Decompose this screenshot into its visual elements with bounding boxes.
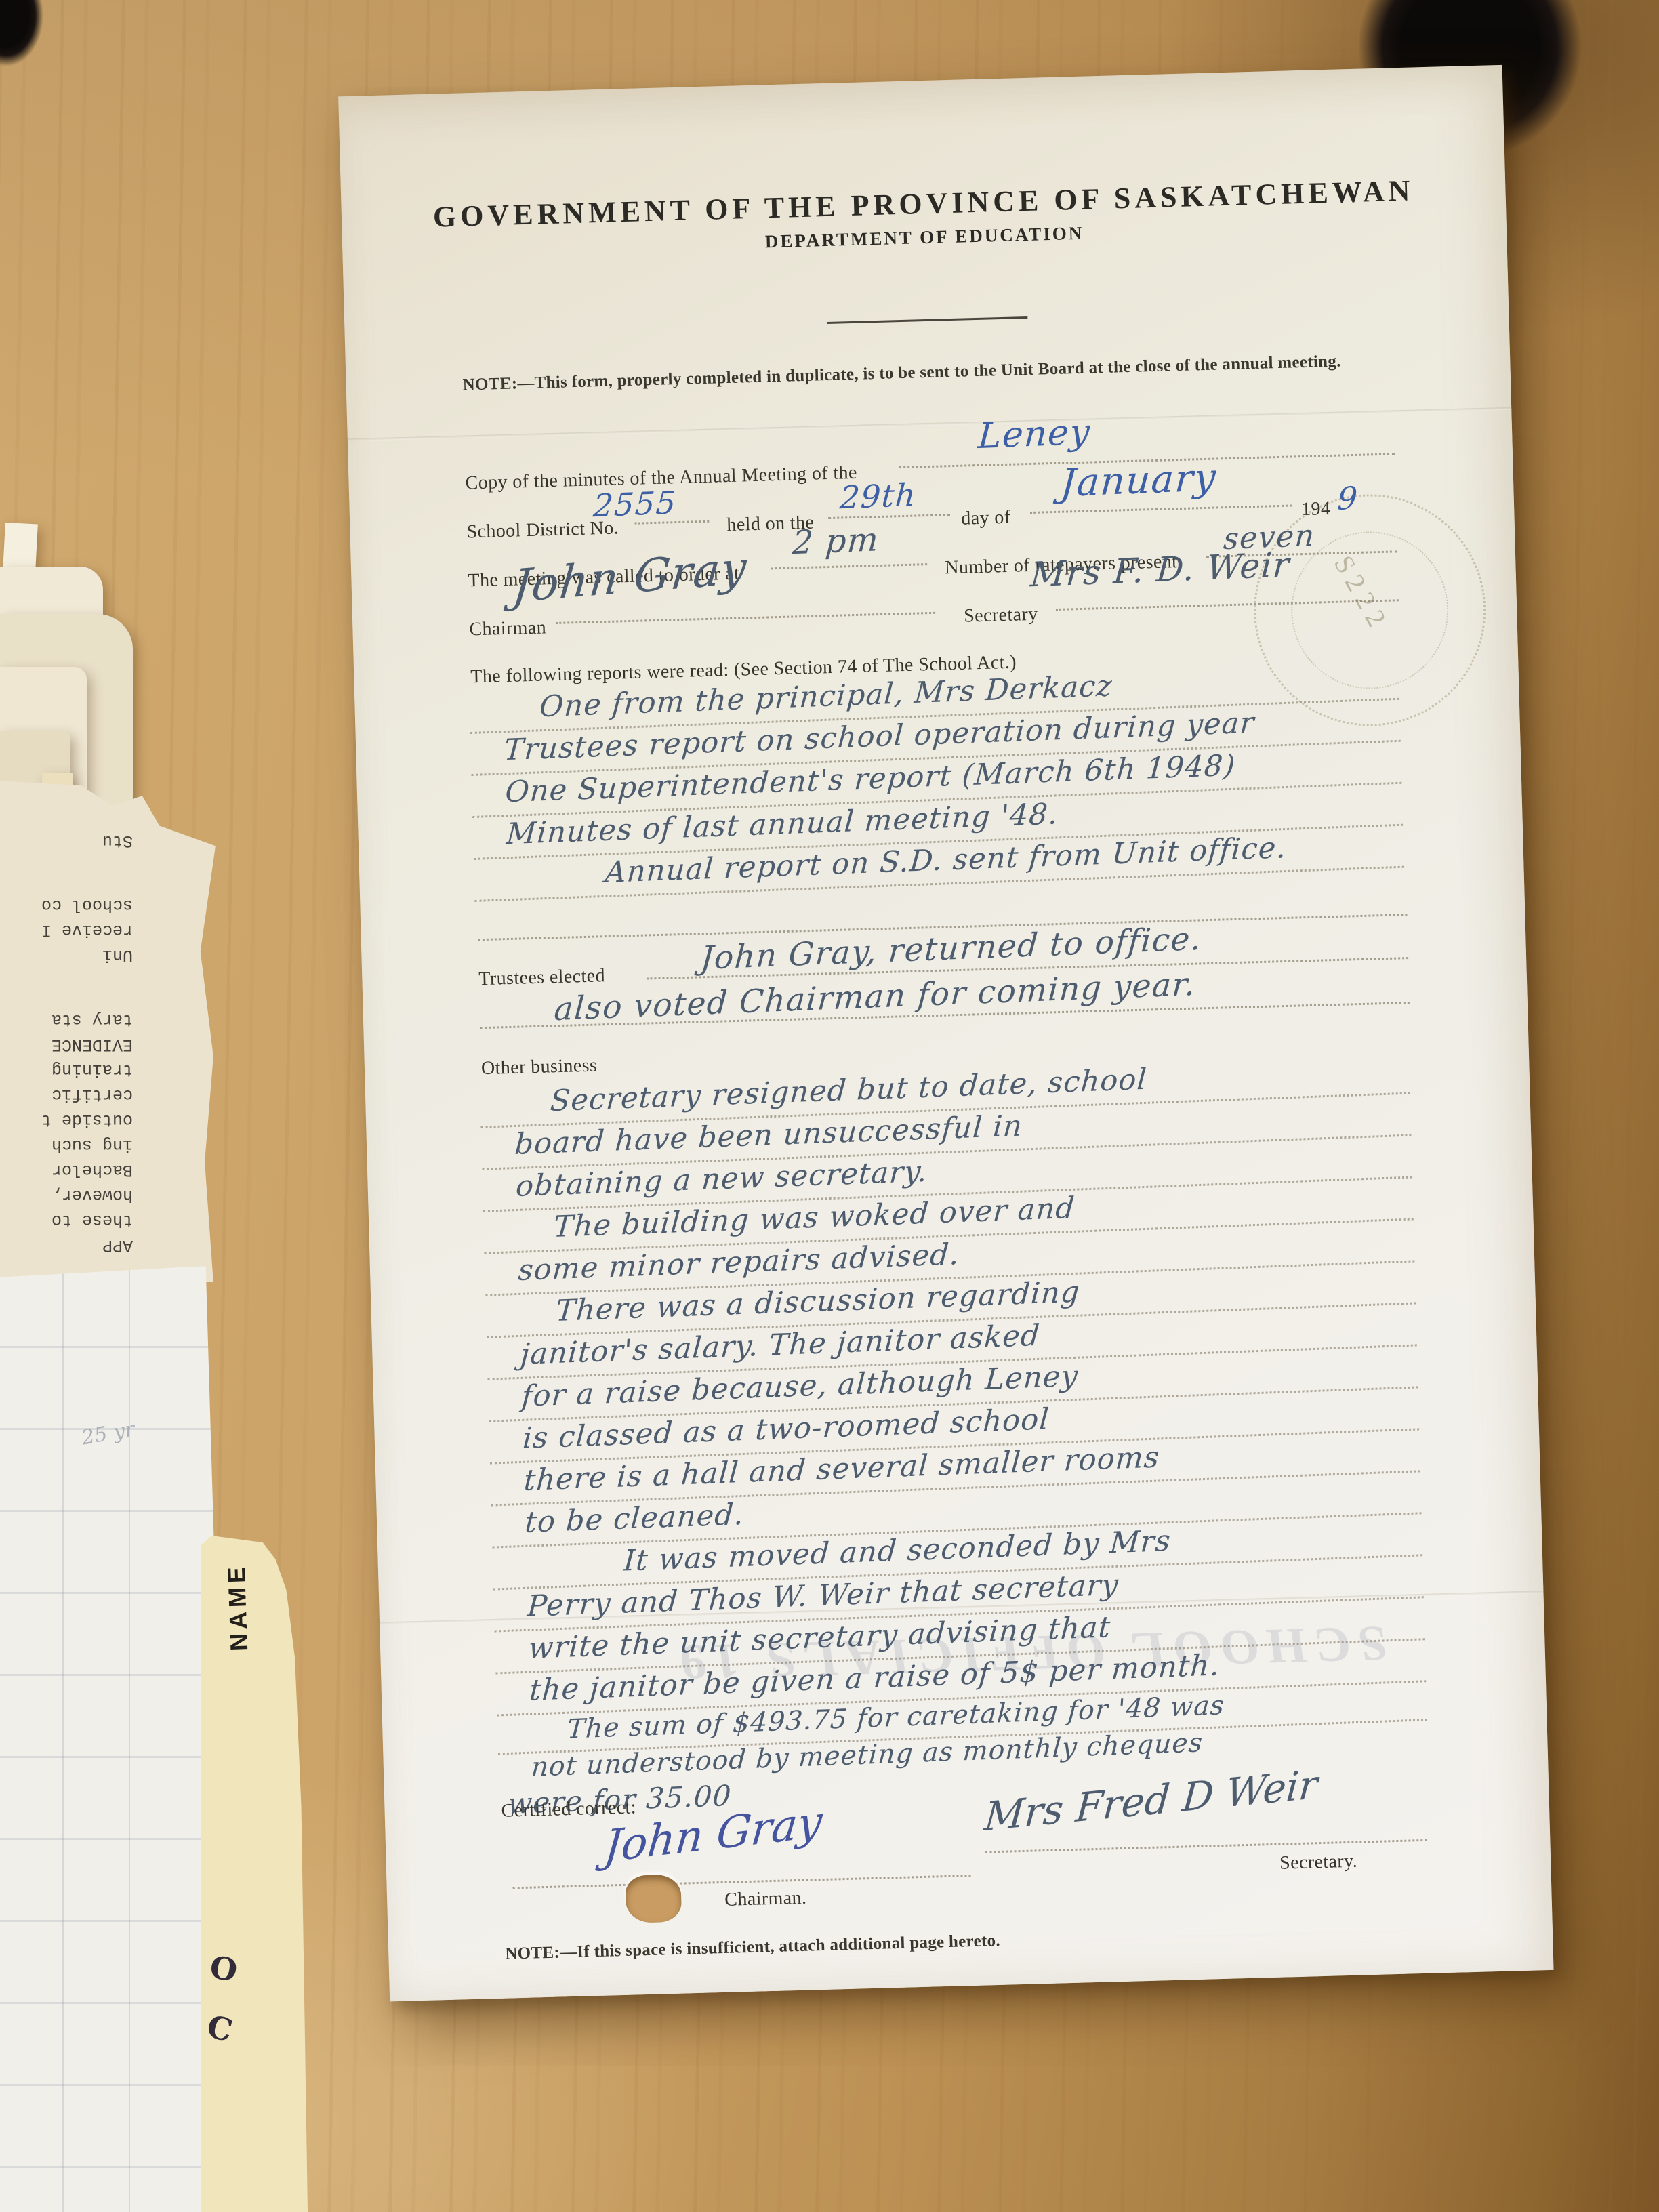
typed-fragment: certific: [4, 1082, 133, 1107]
ledger-sheet: 25 yr: [0, 1266, 234, 2212]
handwritten-value-district-number: 2555: [592, 484, 678, 524]
typed-fragment: however,: [4, 1183, 133, 1208]
handwritten-chairman-name: John Gray: [510, 541, 750, 613]
typed-fragment: tary sta: [4, 1007, 133, 1032]
document-paper: S222 SCHOOL OFFICIALS 19 GOVERNMENT OF T…: [338, 65, 1553, 2001]
form-label: day of: [961, 507, 1011, 530]
typed-fragment: ing such: [4, 1132, 133, 1158]
form-label: Secretary: [964, 604, 1038, 628]
bottom-note: NOTE:—If this space is insufficient, att…: [505, 1917, 1454, 1966]
pencil-note: 25 yr: [80, 1417, 137, 1450]
handwritten-value-district-name: Leney: [977, 411, 1092, 457]
folder-handwritten-mark: C: [203, 2007, 237, 2049]
signature-rule: [513, 1875, 971, 1889]
typed-fragment: Uni: [4, 943, 133, 968]
folder-name-label: NAME: [222, 1562, 254, 1651]
typed-fragment: Stu: [4, 828, 133, 853]
typed-fragment: outside t: [4, 1107, 133, 1132]
typed-fragment: training: [4, 1057, 133, 1082]
typed-fragment: receive I: [4, 918, 133, 943]
dark-object-top-left-corner: [0, 0, 43, 66]
ledger-grid-line: [129, 1266, 130, 2212]
signature-rule: [985, 1839, 1427, 1853]
secretary-label: Secretary.: [1279, 1851, 1358, 1875]
handwritten-value-day: 29th: [839, 476, 918, 516]
other-business-label: Other business: [481, 1055, 598, 1080]
fill-in-rule: [771, 563, 927, 569]
handwritten-secretary-name: Mrs F. D. Weir: [1029, 545, 1292, 594]
typed-fragment: Bachelor: [4, 1158, 133, 1183]
ledger-grid-line: [62, 1266, 64, 2212]
certified-correct-label: Certified correct:: [501, 1797, 636, 1822]
header-rule: [827, 316, 1027, 324]
top-note: NOTE:—This form, properly completed in d…: [462, 348, 1429, 397]
photo-of-desk: { "document": { "header": { "title": "GO…: [0, 0, 1659, 2212]
typed-fragment: EVIDENCE: [4, 1032, 133, 1057]
typed-fragment: school co: [4, 893, 133, 918]
handwritten-value-time: 2 pm: [791, 520, 880, 562]
paper-crease: [348, 407, 1511, 441]
typed-fragment: APP: [4, 1233, 133, 1258]
fill-in-rule: [556, 612, 935, 624]
typed-fragment: these to: [4, 1208, 133, 1233]
chairman-label: Chairman.: [724, 1887, 807, 1911]
upside-down-typed-text: APP these to however, Bachelor ing such …: [4, 828, 133, 1258]
folder-handwritten-mark: O: [207, 1948, 239, 1988]
paper-hole: [625, 1875, 682, 1923]
manila-folder: NAME O C: [201, 1536, 308, 2212]
trustees-elected-label: Trustees elected: [478, 965, 605, 990]
fill-in-rule: [1030, 505, 1292, 514]
handwritten-value-month: January: [1059, 455, 1218, 506]
torn-typed-page: APP these to however, Bachelor ing such …: [0, 781, 216, 1282]
other-business-line: to be cleaned.: [524, 1498, 745, 1540]
handwritten-value-year-digit: 9: [1336, 480, 1359, 517]
trustees-line: also voted Chairman for coming year.: [553, 966, 1197, 1028]
form-label: 194: [1301, 498, 1331, 520]
form-label: Chairman: [469, 617, 546, 640]
